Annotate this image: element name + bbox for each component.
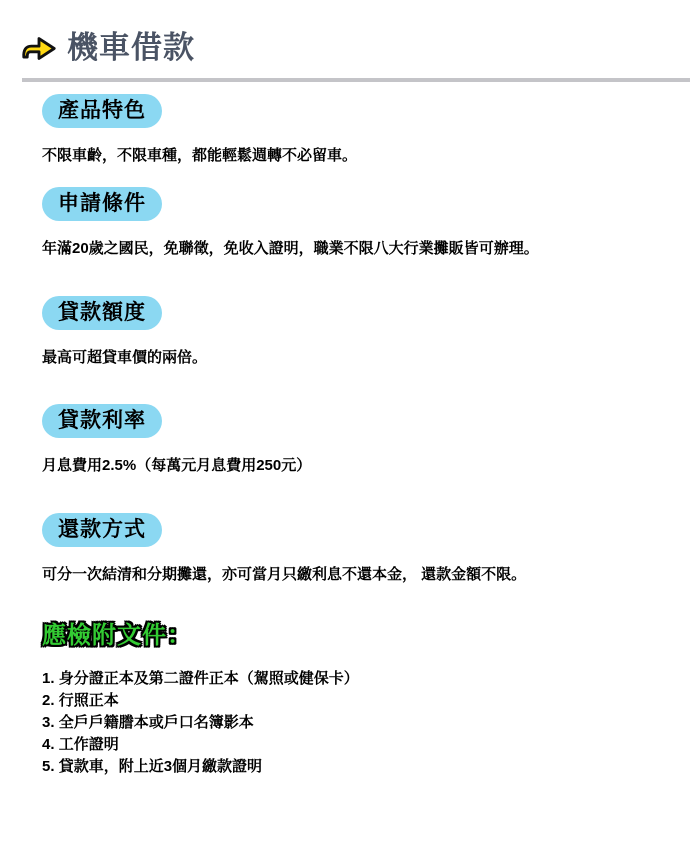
- document-item: 身分證正本及第二證件正本（駕照或健保卡）: [42, 668, 667, 690]
- page-header: 機車借款: [20, 31, 697, 65]
- documents-heading: 應檢附文件：: [42, 615, 667, 650]
- section-heading-pill: 還款方式: [42, 513, 162, 547]
- document-item: 行照正本: [42, 690, 667, 712]
- document-item: 工作證明: [42, 734, 667, 756]
- section-product-features: 產品特色 不限車齡，不限車種，都能輕鬆週轉不必留車。: [42, 94, 667, 166]
- section-loan-amount: 貸款額度 最高可超貸車價的兩倍。: [42, 296, 667, 368]
- section-body: 年滿20歲之國民，免聯徵，免收入證明，職業不限八大行業攤販皆可辦理。: [42, 240, 667, 259]
- section-body: 月息費用2.5%（每萬元月息費用250元）: [42, 457, 667, 476]
- section-application-conditions: 申請條件 年滿20歲之國民，免聯徵，免收入證明，職業不限八大行業攤販皆可辦理。: [42, 187, 667, 259]
- content: 產品特色 不限車齡，不限車種，都能輕鬆週轉不必留車。 申請條件 年滿20歲之國民…: [0, 82, 697, 838]
- section-heading-pill: 貸款額度: [42, 296, 162, 330]
- page: 機車借款 產品特色 不限車齡，不限車種，都能輕鬆週轉不必留車。 申請條件 年滿2…: [0, 31, 697, 855]
- section-body: 不限車齡，不限車種，都能輕鬆週轉不必留車。: [42, 147, 667, 166]
- documents-list: 身分證正本及第二證件正本（駕照或健保卡） 行照正本 全戶戶籍謄本或戶口名簿影本 …: [42, 668, 667, 838]
- page-title: 機車借款: [67, 31, 195, 65]
- section-heading-pill: 貸款利率: [42, 404, 162, 438]
- section-loan-rate: 貸款利率 月息費用2.5%（每萬元月息費用250元）: [42, 404, 667, 476]
- section-body: 最高可超貸車價的兩倍。: [42, 349, 667, 368]
- section-heading-pill: 申請條件: [42, 187, 162, 221]
- document-item: 全戶戶籍謄本或戶口名簿影本: [42, 712, 667, 734]
- right-arrow-icon: [20, 32, 58, 65]
- section-body: 可分一次結清和分期攤還，亦可當月只繳利息不還本金， 還款金額不限。: [42, 566, 667, 585]
- section-heading-pill: 產品特色: [42, 94, 162, 128]
- section-repayment-method: 還款方式 可分一次結清和分期攤還，亦可當月只繳利息不還本金， 還款金額不限。: [42, 513, 667, 585]
- document-item: 貸款車，附上近3個月繳款證明: [42, 756, 667, 778]
